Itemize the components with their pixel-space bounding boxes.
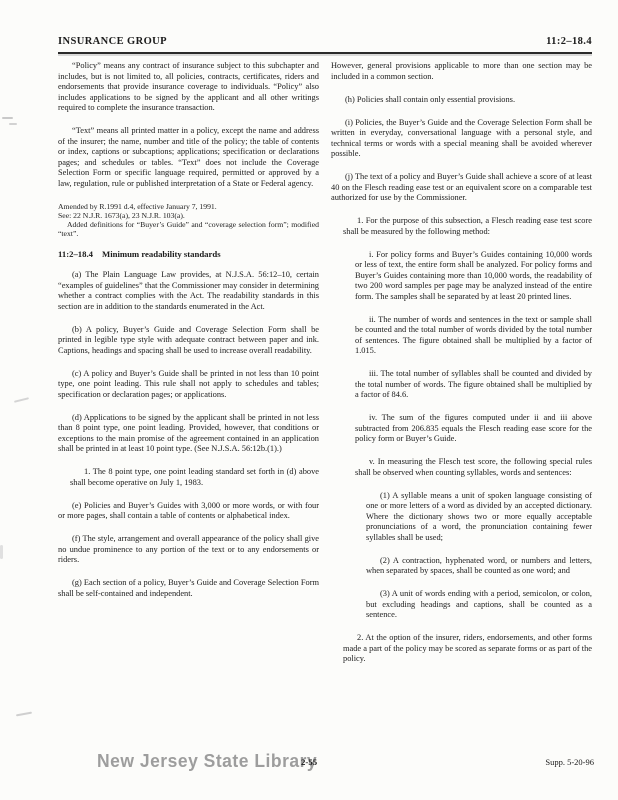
section-heading-number: 11:2–18.4 bbox=[58, 249, 93, 259]
scan-artifact bbox=[14, 397, 29, 403]
section-heading: 11:2–18.4Minimum readability standards bbox=[58, 249, 319, 260]
header-rule bbox=[58, 52, 592, 54]
supplement-date: Supp. 5-20-96 bbox=[545, 757, 594, 767]
paragraph-item-d: (d) Applications to be signed by the app… bbox=[58, 413, 319, 455]
paragraph-item-d-sub1: 1. The 8 point type, one point leading s… bbox=[70, 467, 319, 488]
right-column: However, general provisions applicable t… bbox=[331, 61, 592, 677]
paragraph-item-c: (c) A policy and Buyer’s Guide shall be … bbox=[58, 369, 319, 401]
paragraph-item-j-sub1-iii: iii. The total number of syllables shall… bbox=[355, 369, 592, 401]
scan-artifact bbox=[16, 712, 32, 717]
paragraph-item-e: (e) Policies and Buyer’s Guides with 3,0… bbox=[58, 501, 319, 522]
paragraph-item-b: (b) A policy, Buyer’s Guide and Coverage… bbox=[58, 325, 319, 357]
paragraph-item-g-continuation: However, general provisions applicable t… bbox=[331, 61, 592, 82]
history-amended-line: Amended by R.1991 d.4, effective January… bbox=[58, 202, 319, 211]
document-page: INSURANCE GROUP 11:2–18.4 “Policy” means… bbox=[0, 0, 618, 800]
paragraph-item-j-sub1-iv: iv. The sum of the figures computed unde… bbox=[355, 413, 592, 445]
header-group-title: INSURANCE GROUP bbox=[58, 36, 167, 47]
page-header: INSURANCE GROUP 11:2–18.4 bbox=[58, 36, 592, 47]
paragraph-text-definition: “Text” means all printed matter in a pol… bbox=[58, 126, 319, 189]
paragraph-item-a: (a) The Plain Language Law provides, at … bbox=[58, 270, 319, 312]
paragraph-item-h: (h) Policies shall contain only essentia… bbox=[331, 95, 592, 106]
paragraph-item-j-sub1-v-3: (3) A unit of words ending with a period… bbox=[366, 589, 592, 621]
paragraph-item-j-sub1: 1. For the purpose of this subsection, a… bbox=[343, 216, 592, 237]
paragraph-item-j: (j) The text of a policy and Buyer’s Gui… bbox=[331, 172, 592, 204]
paragraph-item-j-sub1-v-2: (2) A contraction, hyphenated word, or n… bbox=[366, 556, 592, 577]
paragraph-item-i: (i) Policies, the Buyer’s Guide and the … bbox=[331, 118, 592, 160]
history-added-line: Added definitions for “Buyer’s Guide” an… bbox=[58, 220, 319, 239]
history-note: Amended by R.1991 d.4, effective January… bbox=[58, 202, 319, 239]
paragraph-item-j-sub2: 2. At the option of the insurer, riders,… bbox=[343, 633, 592, 665]
paragraph-item-j-sub1-i: i. For policy forms and Buyer’s Guides c… bbox=[355, 250, 592, 303]
section-heading-title: Minimum readability standards bbox=[102, 249, 221, 259]
left-column: “Policy” means any contract of insurance… bbox=[58, 61, 319, 677]
header-section-number: 11:2–18.4 bbox=[546, 36, 592, 47]
paragraph-item-f: (f) The style, arrangement and overall a… bbox=[58, 534, 319, 566]
paragraph-item-g: (g) Each section of a policy, Buyer’s Gu… bbox=[58, 578, 319, 599]
two-column-body: “Policy” means any contract of insurance… bbox=[58, 61, 592, 677]
paragraph-item-j-sub1-v: v. In measuring the Flesch test score, t… bbox=[355, 457, 592, 478]
history-see-line: See: 22 N.J.R. 1673(a), 23 N.J.R. 103(a)… bbox=[58, 211, 319, 220]
scan-artifact bbox=[2, 117, 13, 119]
scan-artifact bbox=[0, 545, 3, 559]
paragraph-policy-definition: “Policy” means any contract of insurance… bbox=[58, 61, 319, 114]
scan-artifact bbox=[9, 123, 17, 125]
page-number: 2-55 bbox=[301, 757, 317, 767]
paragraph-item-j-sub1-ii: ii. The number of words and sentences in… bbox=[355, 315, 592, 357]
library-stamp: New Jersey State Library bbox=[97, 751, 317, 773]
paragraph-item-j-sub1-v-1: (1) A syllable means a unit of spoken la… bbox=[366, 491, 592, 544]
